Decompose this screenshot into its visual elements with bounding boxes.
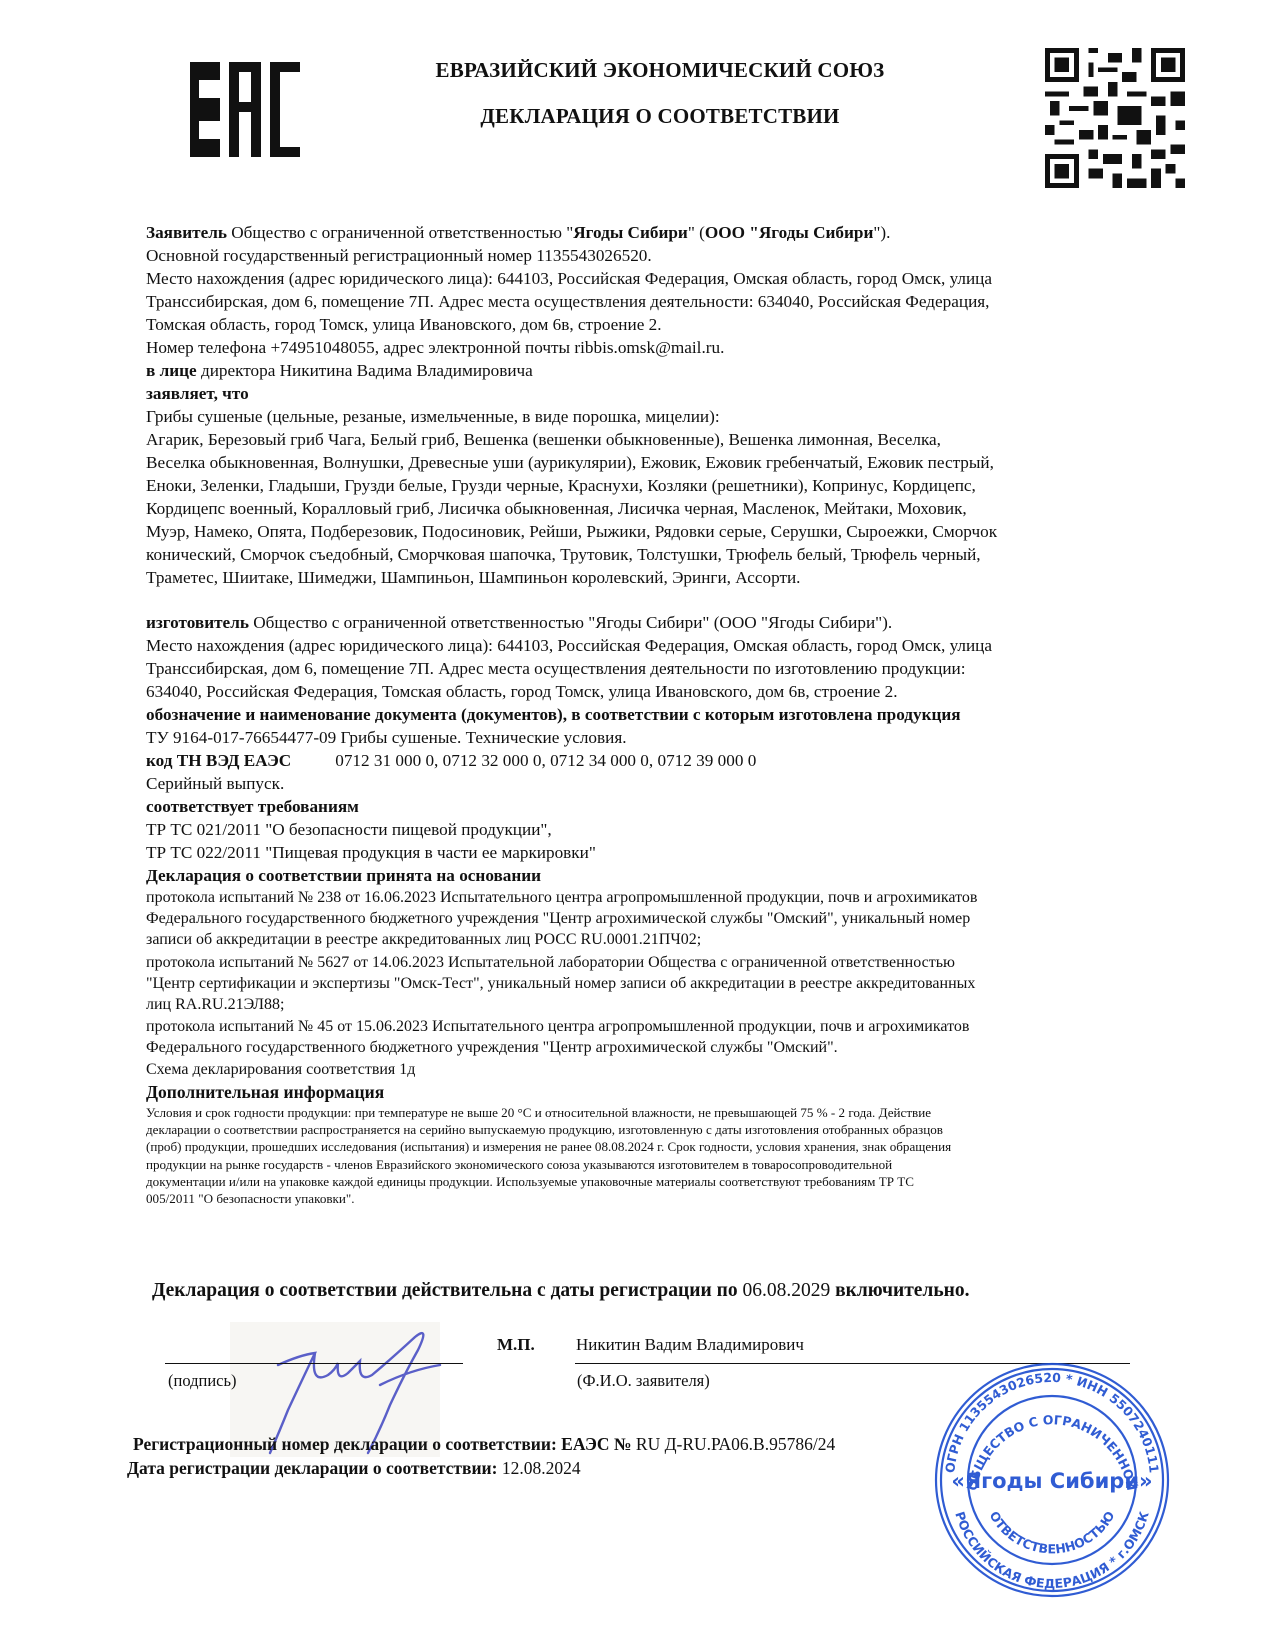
manufacturer-line: изготовитель Общество с ограниченной отв… [146,611,892,634]
serial-line: Серийный выпуск. [146,772,284,795]
basis-line: лиц RA.RU.21ЭЛ88; [146,994,284,1015]
registration-date: 12.08.2024 [502,1458,581,1478]
validity-date: 06.08.2029 [742,1280,830,1301]
manufacturer-address: Место нахождения (адрес юридического лиц… [146,634,992,657]
basis-line: "Центр сертификации и экспертизы "Омск-Т… [146,973,975,994]
applicant-address: Место нахождения (адрес юридического лиц… [146,267,992,290]
applicant-full-name: Никитин Вадим Владимирович [576,1335,804,1355]
applicant-line: Заявитель Общество с ограниченной ответс… [146,221,890,244]
additional-text: Условия и срок годности продукции: при т… [146,1104,1176,1207]
manufacturer-address: 634040, Российская Федерация, Томская об… [146,680,898,703]
additional-label: Дополнительная информация [146,1081,384,1104]
union-title: ЕВРАЗИЙСКИЙ ЭКОНОМИЧЕСКИЙ СОЮЗ [300,58,1020,83]
declares-label: заявляет, что [146,382,249,405]
registration-number: RU Д-RU.РА06.В.95786/24 [636,1434,835,1454]
basis-line: протокола испытаний № 45 от 15.06.2023 И… [146,1016,969,1037]
basis-line: Федерального государственного бюджетного… [146,908,970,929]
stamp-place-label: М.П. [497,1335,535,1355]
product-line: Агарик, Березовый гриб Чага, Белый гриб,… [146,428,941,451]
eac-letter-a [229,62,261,157]
product-line: Еноки, Зеленки, Гладыши, Грузди белые, Г… [146,474,976,497]
standard-label: обозначение и наименование документа (до… [146,703,961,726]
basis-label: Декларация о соответствии принята на осн… [146,864,541,887]
eac-letter-c [270,62,300,157]
applicant-address: Томская область, город Томск, улица Иван… [146,313,662,336]
applicant-address: Транссибирская, дом 6, помещение 7П. Адр… [146,290,989,313]
requirement-item: ТР ТС 021/2011 "О безопасности пищевой п… [146,818,552,841]
tnved-line: код ТН ВЭД ЕАЭС0712 31 000 0, 0712 32 00… [146,749,756,772]
basis-line: протокола испытаний № 238 от 16.06.2023 … [146,887,977,908]
manufacturer-address: Транссибирская, дом 6, помещение 7П. Адр… [146,657,966,680]
requirements-label: соответствует требованиям [146,795,359,818]
validity-line: Декларация о соответствии действительна … [152,1280,970,1302]
applicant-contacts: Номер телефона +74951048055, адрес элект… [146,336,724,359]
registration-number-line: Регистрационный номер декларации о соотв… [133,1434,835,1455]
eac-logo [190,62,300,157]
product-line: Муэр, Намеко, Опята, Подберезовик, Подос… [146,520,997,543]
basis-line: Федерального государственного бюджетного… [146,1037,838,1058]
requirement-item: ТР ТС 022/2011 "Пищевая продукция в част… [146,841,596,864]
product-line: Траметес, Шиитаке, Шимеджи, Шампиньон, Ш… [146,566,800,589]
registration-date-line: Дата регистрации декларации о соответств… [127,1458,581,1479]
applicant-ogrn: Основной государственный регистрационный… [146,244,652,267]
qr-code-icon [1045,48,1185,188]
signature-line [165,1363,463,1364]
product-line: Грибы сушеные (цельные, резаные, измельч… [146,405,720,428]
basis-line: протокола испытаний № 5627 от 14.06.2023… [146,952,955,973]
document-title: ДЕКЛАРАЦИЯ О СООТВЕТСТВИИ [300,104,1020,129]
signature-caption: (подпись) [168,1371,237,1391]
product-line: конический, Сморчок съедобный, Сморчкова… [146,543,981,566]
standard-value: ТУ 9164-017-76654477-09 Грибы сушеные. Т… [146,726,627,749]
basis-line: записи об аккредитации в реестре аккреди… [146,929,701,950]
product-line: Веселка обыкновенная, Волнушки, Древесны… [146,451,994,474]
scheme-line: Схема декларирования соответствия 1д [146,1059,415,1080]
applicant-label: Заявитель [146,223,227,242]
applicant-representative: в лице директора Никитина Вадима Владими… [146,359,533,382]
product-line: Кордицепс военный, Коралловый гриб, Лиси… [146,497,967,520]
eac-letter-e [190,62,220,157]
name-caption: (Ф.И.О. заявителя) [577,1371,710,1391]
svg-text:«Ягоды Сибири»: «Ягоды Сибири» [951,1469,1152,1493]
company-stamp: ОГРН 1135543026520 * ИНН 5507240111 ОБЩЕ… [932,1360,1172,1600]
